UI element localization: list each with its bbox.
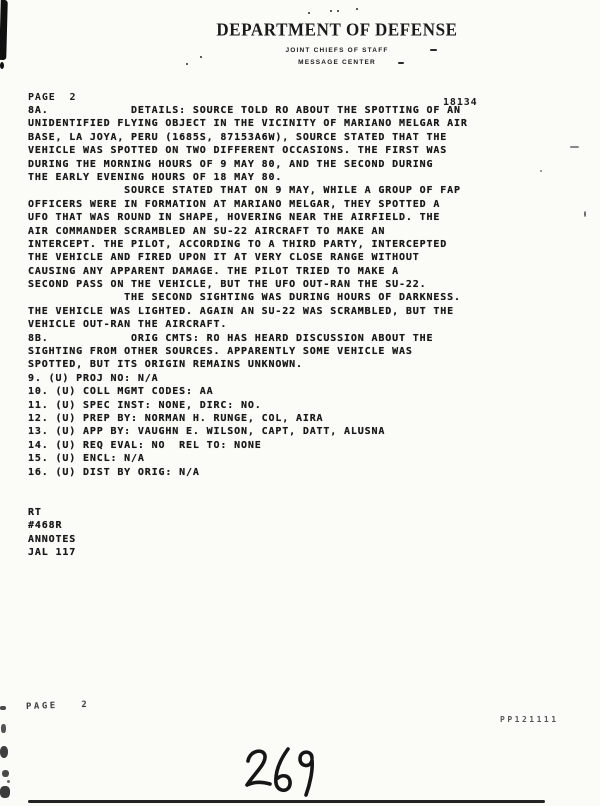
page-number-top: PAGE 2 (28, 92, 76, 103)
typewritten-line: JAL 117 (28, 546, 468, 559)
scan-speck (186, 63, 188, 65)
typewritten-line: 13. (U) APP BY: VAUGHN E. WILSON, CAPT, … (28, 425, 468, 438)
scan-speck (398, 62, 404, 64)
message-body: 8A. DETAILS: SOURCE TOLD RO ABOUT THE SP… (28, 104, 468, 559)
scan-speck (570, 146, 579, 148)
scan-speck (337, 10, 339, 12)
typewritten-line: DURING THE MORNING HOURS OF 9 MAY 80, AN… (28, 158, 468, 171)
typewritten-line: 16. (U) DIST BY ORIG: N/A (28, 466, 468, 479)
typewritten-line: SECOND PASS ON THE VEHICLE, BUT THE UFO … (28, 278, 468, 291)
handwritten-digits-strokes (247, 749, 312, 795)
typewritten-line: 9. (U) PROJ NO: N/A (28, 372, 468, 385)
typewritten-line: THE SECOND SIGHTING WAS DURING HOURS OF … (28, 291, 468, 304)
agency-subtitle-joint-chiefs: JOINT CHIEFS OF STAFF (212, 47, 462, 54)
scan-artifact-left-edge-blob (0, 62, 4, 69)
typewritten-line: VEHICLE OUT-RAN THE AIRCRAFT. (28, 318, 468, 331)
letterhead: DEPARTMENT OF DEFENSE JOINT CHIEFS OF ST… (212, 20, 462, 66)
typewritten-line: #468R (28, 519, 468, 532)
typewritten-line: 8A. DETAILS: SOURCE TOLD RO ABOUT THE SP… (28, 104, 468, 117)
scan-speck (356, 8, 358, 10)
typewritten-line: UNIDENTIFIED FLYING OBJECT IN THE VICINI… (28, 117, 468, 130)
scan-speck (330, 10, 332, 12)
scan-artifact-left-edge-bar (0, 0, 8, 60)
agency-subtitle-message-center: MESSAGE CENTER (212, 59, 462, 66)
typewritten-line: SPOTTED, BUT ITS ORIGIN REMAINS UNKNOWN. (28, 358, 468, 371)
typewritten-line: INTERCEPT. THE PILOT, ACCORDING TO A THI… (28, 238, 468, 251)
typewritten-line: 12. (U) PREP BY: NORMAN H. RUNGE, COL, A… (28, 412, 468, 425)
agency-title: DEPARTMENT OF DEFENSE (212, 19, 462, 40)
scan-edge-blemish (7, 780, 10, 783)
typewritten-line: SOURCE STATED THAT ON 9 MAY, WHILE A GRO… (28, 184, 468, 197)
scan-speck (430, 49, 437, 51)
page-number-bottom: PAGE 2 (26, 700, 90, 712)
typewritten-line: 8B. ORIG CMTS: RO HAS HEARD DISCUSSION A… (28, 332, 468, 345)
scan-artifact-bottom-line (28, 800, 545, 803)
scan-edge-blemish (0, 786, 10, 798)
typewritten-line: UFO THAT WAS ROUND IN SHAPE, HOVERING NE… (28, 211, 468, 224)
scan-edge-blemish (0, 706, 6, 710)
typewritten-line: 11. (U) SPEC INST: NONE, DIRC: NO. (28, 399, 468, 412)
typewritten-line (28, 492, 468, 505)
typewritten-line: ANNOTES (28, 533, 468, 546)
typewritten-line: 14. (U) REQ EVAL: NO REL TO: NONE (28, 439, 468, 452)
handwritten-page-number-269 (240, 742, 324, 802)
typewritten-line: BASE, LA JOYA, PERU (1685S, 87153A6W), S… (28, 131, 468, 144)
typewritten-line: THE VEHICLE WAS LIGHTED. AGAIN AN SU-22 … (28, 305, 468, 318)
scanned-document-page: DEPARTMENT OF DEFENSE JOINT CHIEFS OF ST… (0, 0, 600, 806)
scan-edge-blemish (2, 770, 9, 777)
scan-speck (200, 56, 202, 58)
typewritten-line (28, 479, 468, 492)
typewritten-line: THE VEHICLE AND FIRED UPON IT AT VERY CL… (28, 251, 468, 264)
scan-speck (308, 12, 310, 14)
scan-speck (584, 211, 586, 217)
typewritten-line: THE EARLY EVENING HOURS OF 18 MAY 80. (28, 171, 468, 184)
typewritten-line: RT (28, 506, 468, 519)
typewritten-line: VEHICLE WAS SPOTTED ON TWO DIFFERENT OCC… (28, 144, 468, 157)
typewritten-line: SIGHTING FROM OTHER SOURCES. APPARENTLY … (28, 345, 468, 358)
typewritten-line: AIR COMMANDER SCRAMBLED AN SU-22 AIRCRAF… (28, 225, 468, 238)
scan-speck (540, 170, 542, 172)
typewritten-line: 15. (U) ENCL: N/A (28, 452, 468, 465)
typewritten-line: 10. (U) COLL MGMT CODES: AA (28, 385, 468, 398)
scan-edge-blemish (1, 724, 6, 733)
typewritten-line: OFFICERS WERE IN FORMATION AT MARIANO ME… (28, 198, 468, 211)
typewritten-line: CAUSING ANY APPARENT DAMAGE. THE PILOT T… (28, 265, 468, 278)
scan-edge-blemish (0, 746, 8, 758)
route-indicator-code: PP121111 (500, 715, 559, 724)
